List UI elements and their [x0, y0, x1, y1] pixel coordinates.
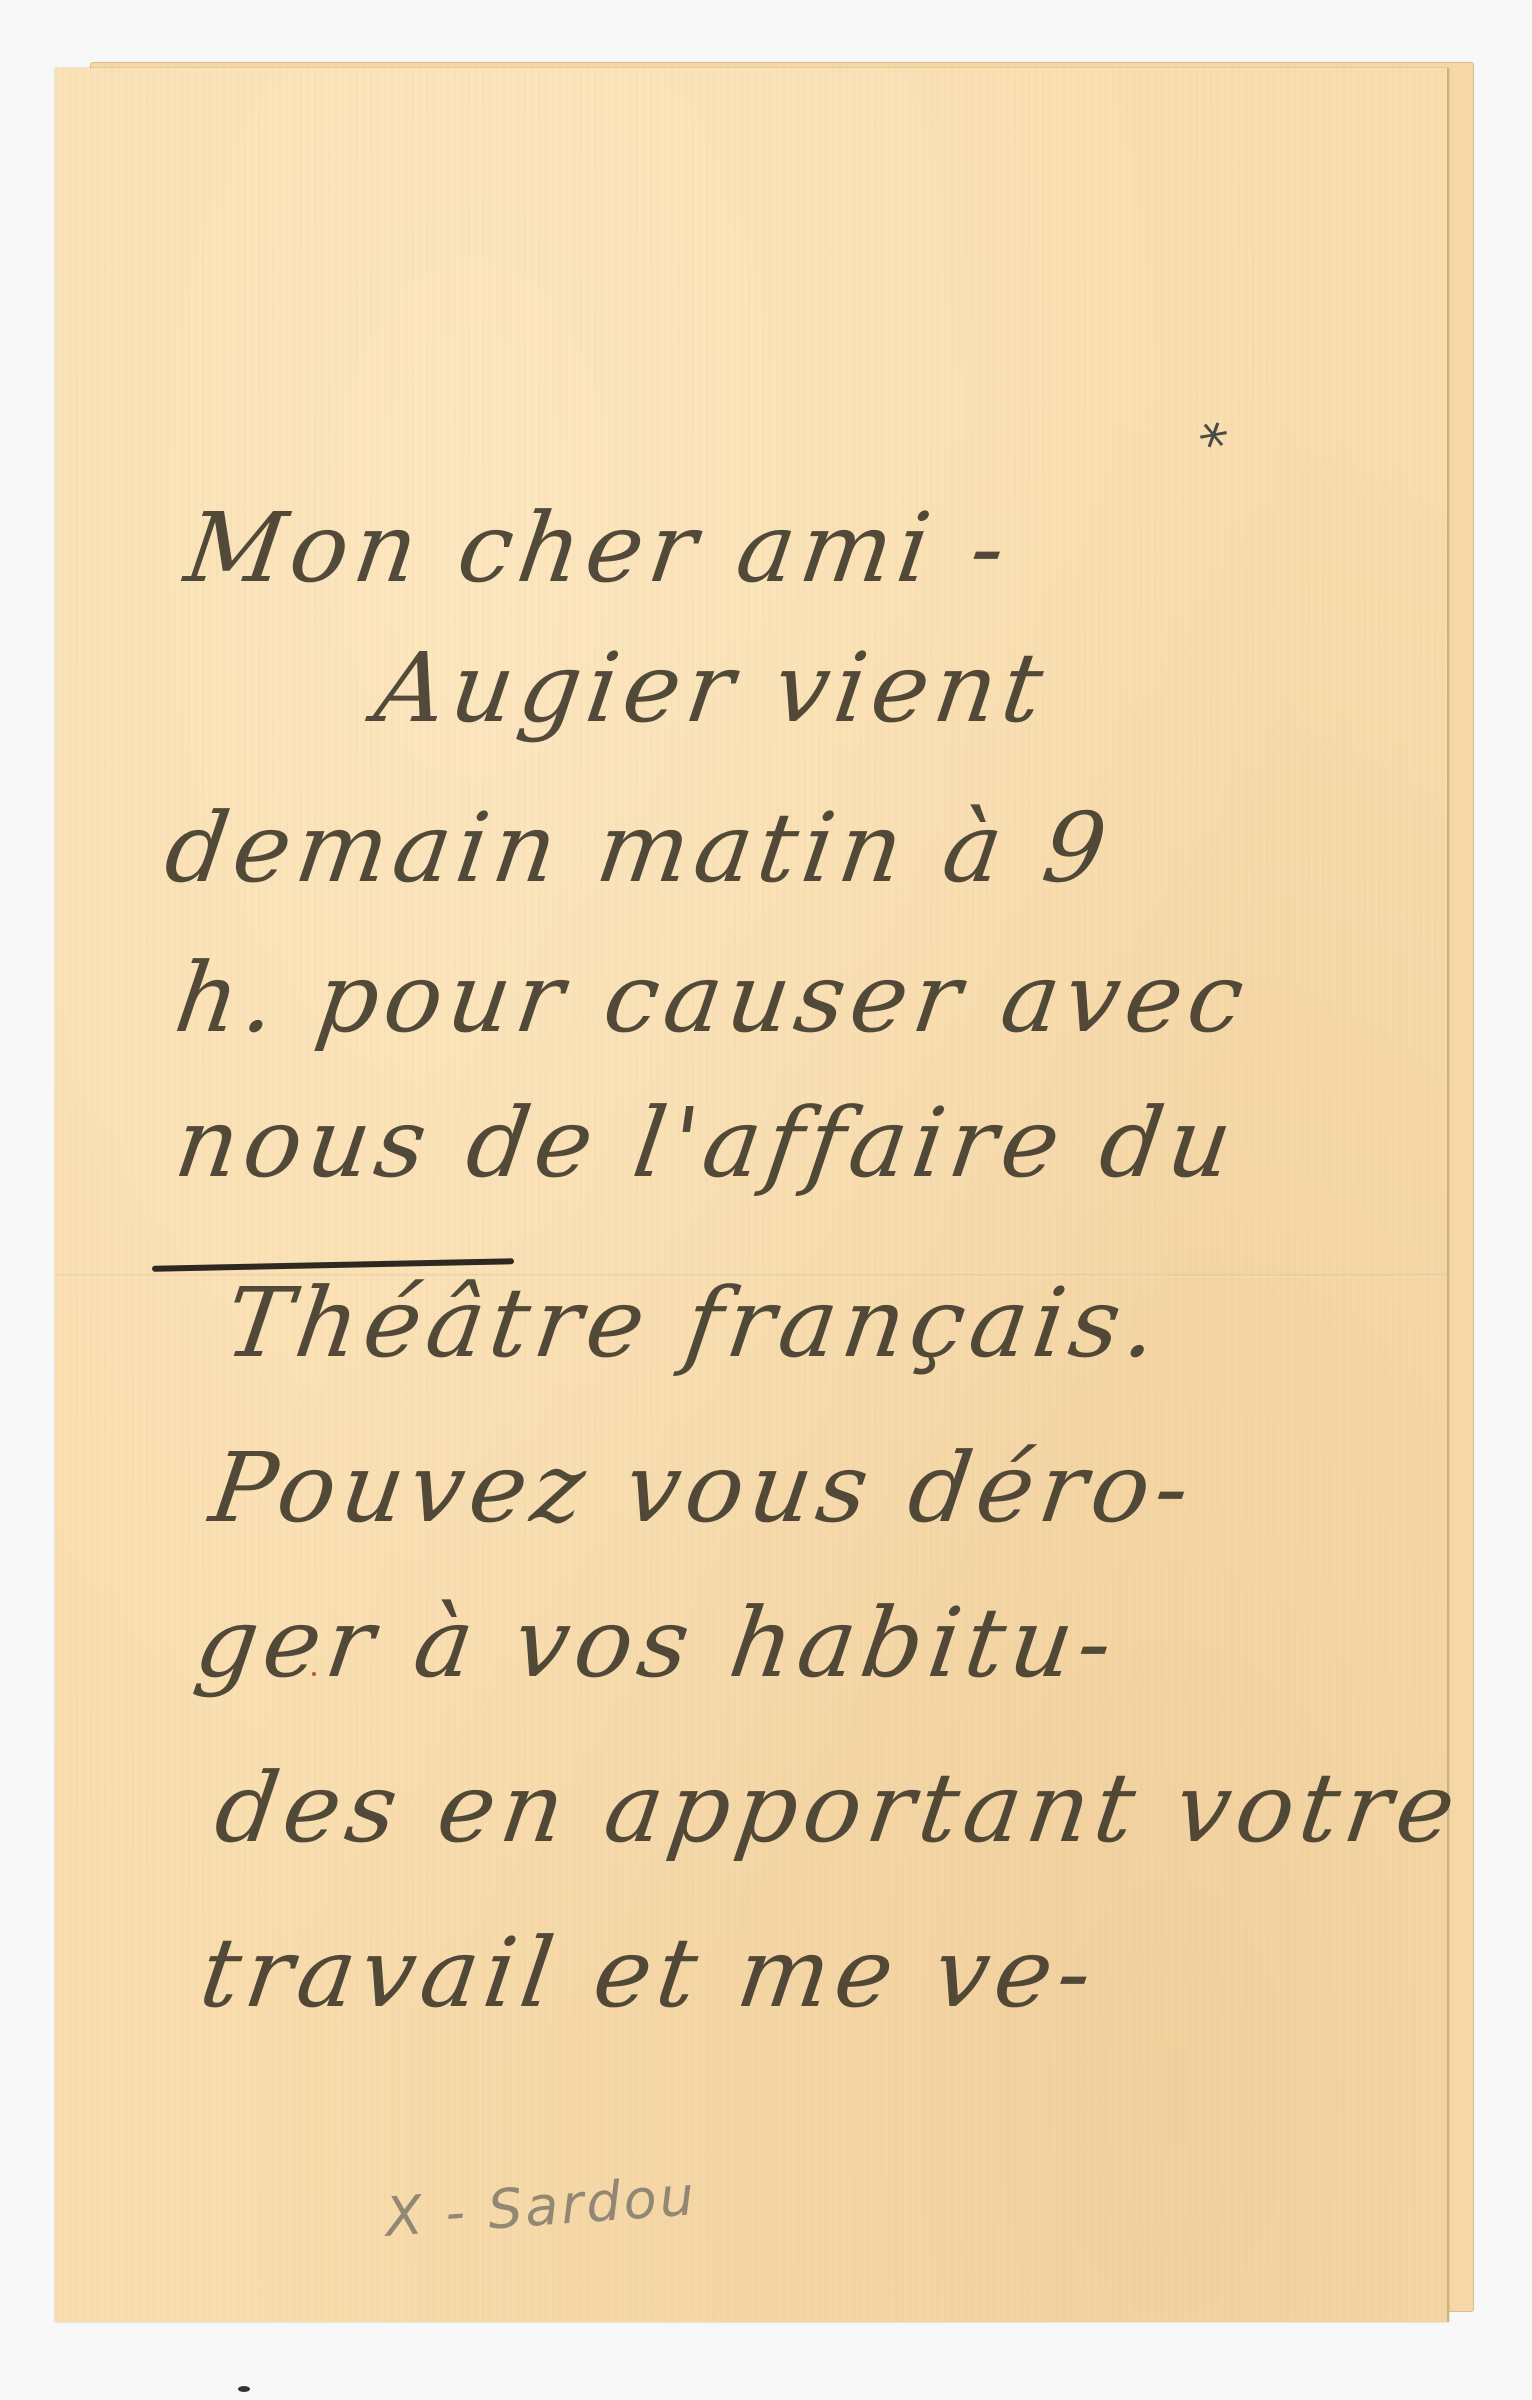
letter-line-1: Augier vient	[370, 640, 1054, 736]
letter-line-3: h. pour causer avec	[170, 950, 1255, 1046]
letter-salutation: Mon cher ami -	[180, 500, 1017, 596]
letter-line-7: ger à vos habitu-	[190, 1595, 1124, 1691]
scan-dust-speck	[238, 2386, 250, 2392]
letter-line-4: nous de l'affaire du	[170, 1095, 1243, 1191]
letter-line-6: Pouvez vous déro-	[205, 1440, 1201, 1536]
letter-line-2: demain matin à 9	[160, 800, 1118, 896]
letter-line-8: des en apportant votre	[210, 1760, 1467, 1856]
letter-line-5: Théâtre français.	[220, 1275, 1169, 1371]
letter-line-9: travail et me ve-	[195, 1925, 1103, 2021]
ink-speck	[312, 1672, 316, 1676]
